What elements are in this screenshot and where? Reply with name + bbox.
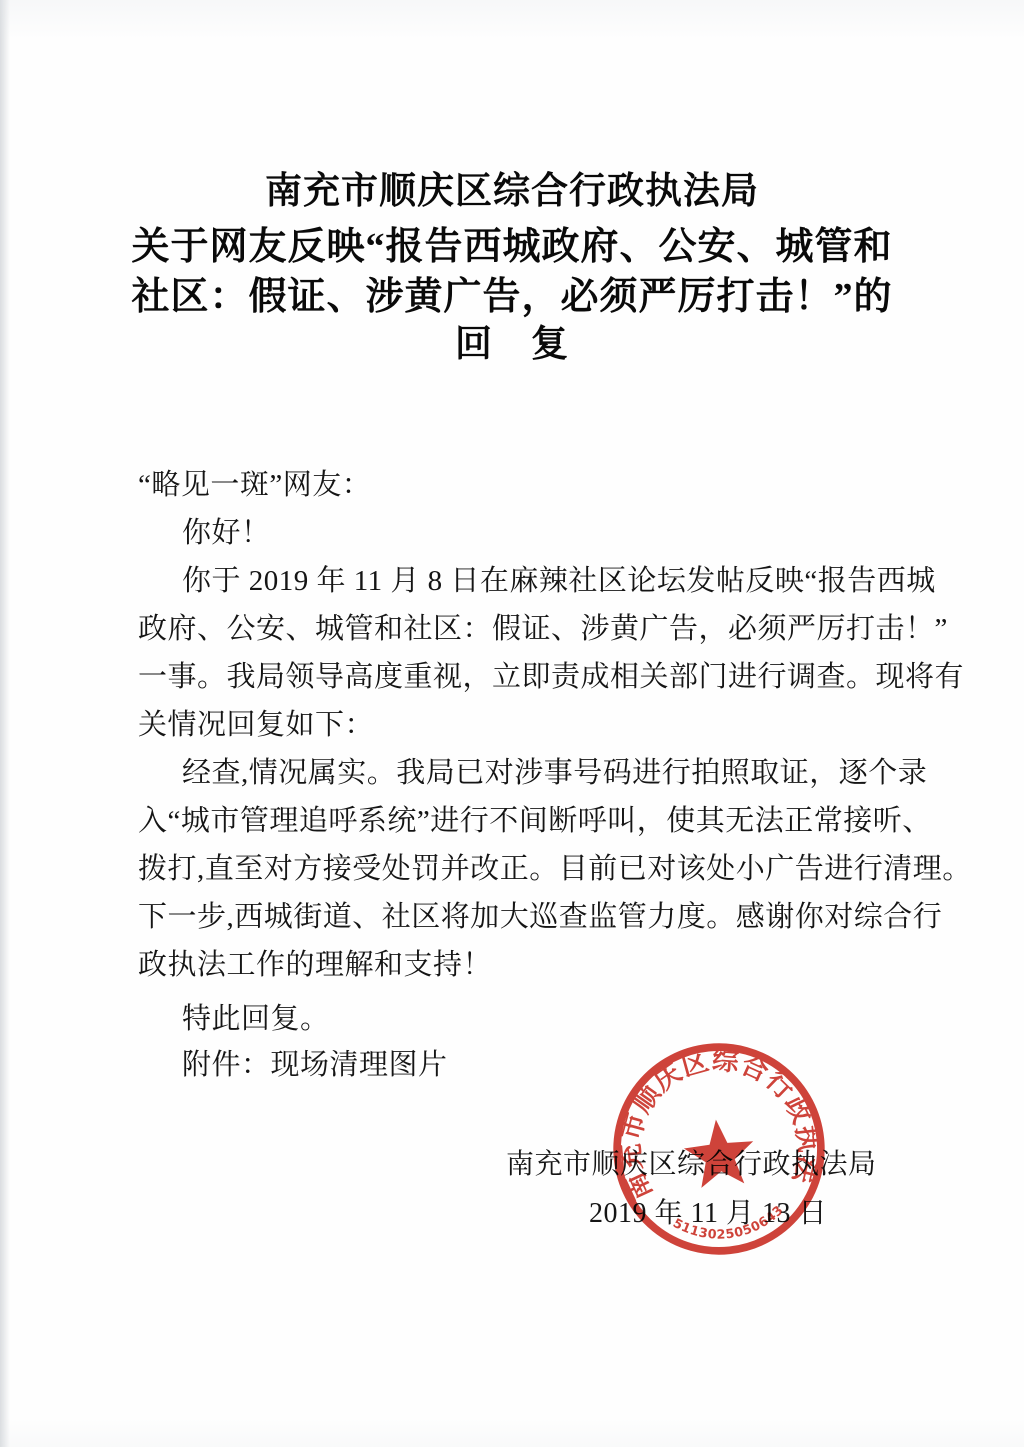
body-line: 入“城市管理追呼系统”进行不间断呼叫，使其无法正常接听、 — [138, 798, 913, 839]
body-line: 政执法工作的理解和支持！ — [138, 942, 913, 983]
body-line: 经查,情况属实。我局已对涉事号码进行拍照取证，逐个录 — [138, 750, 957, 791]
seal-arc-text: 南充市顺庆区综合行政执法局 — [599, 1029, 827, 1209]
doc-title-line-3: 社区：假证、涉黄广告，必须严厉打击！”的 — [0, 265, 1024, 320]
doc-title-line-4: 回 复 — [0, 313, 1024, 367]
body-line: 下一步,西城街道、社区将加大巡查监管力度。感谢你对综合行 — [138, 894, 913, 935]
doc-title-line-1: 南充市顺庆区综合行政执法局 — [0, 160, 1024, 214]
body-line: 你于 2019 年 11 月 8 日在麻辣社区论坛发帖反映“报告西城 — [138, 558, 957, 599]
body-line: 一事。我局领导高度重视，立即责成相关部门进行调查。现将有 — [138, 654, 913, 695]
doc-title-line-2: 关于网友反映“报告西城政府、公安、城管和 — [0, 215, 1024, 270]
body-line-salutation: “略见一斑”网友： — [138, 462, 913, 503]
seal-code: 5113025050643 — [669, 1202, 790, 1248]
star-icon — [681, 1116, 757, 1189]
body-line-attachment: 附件：现场清理图片 — [138, 1042, 957, 1083]
body-line: 政府、公安、城管和社区：假证、涉黄广告，必须严厉打击！” — [138, 606, 913, 647]
body-line: 关情况回复如下： — [138, 702, 913, 743]
body-line-closing: 特此回复。 — [138, 996, 957, 1037]
official-seal: 南充市顺庆区综合行政执法局 5113025050643 — [599, 1029, 839, 1269]
body-line: 拨打,直至对方接受处罚并改正。目前已对该处小广告进行清理。 — [138, 846, 913, 887]
document-page: 南充市顺庆区综合行政执法局 关于网友反映“报告西城政府、公安、城管和 社区：假证… — [0, 0, 1024, 1447]
body-line-greeting: 你好！ — [138, 510, 957, 551]
